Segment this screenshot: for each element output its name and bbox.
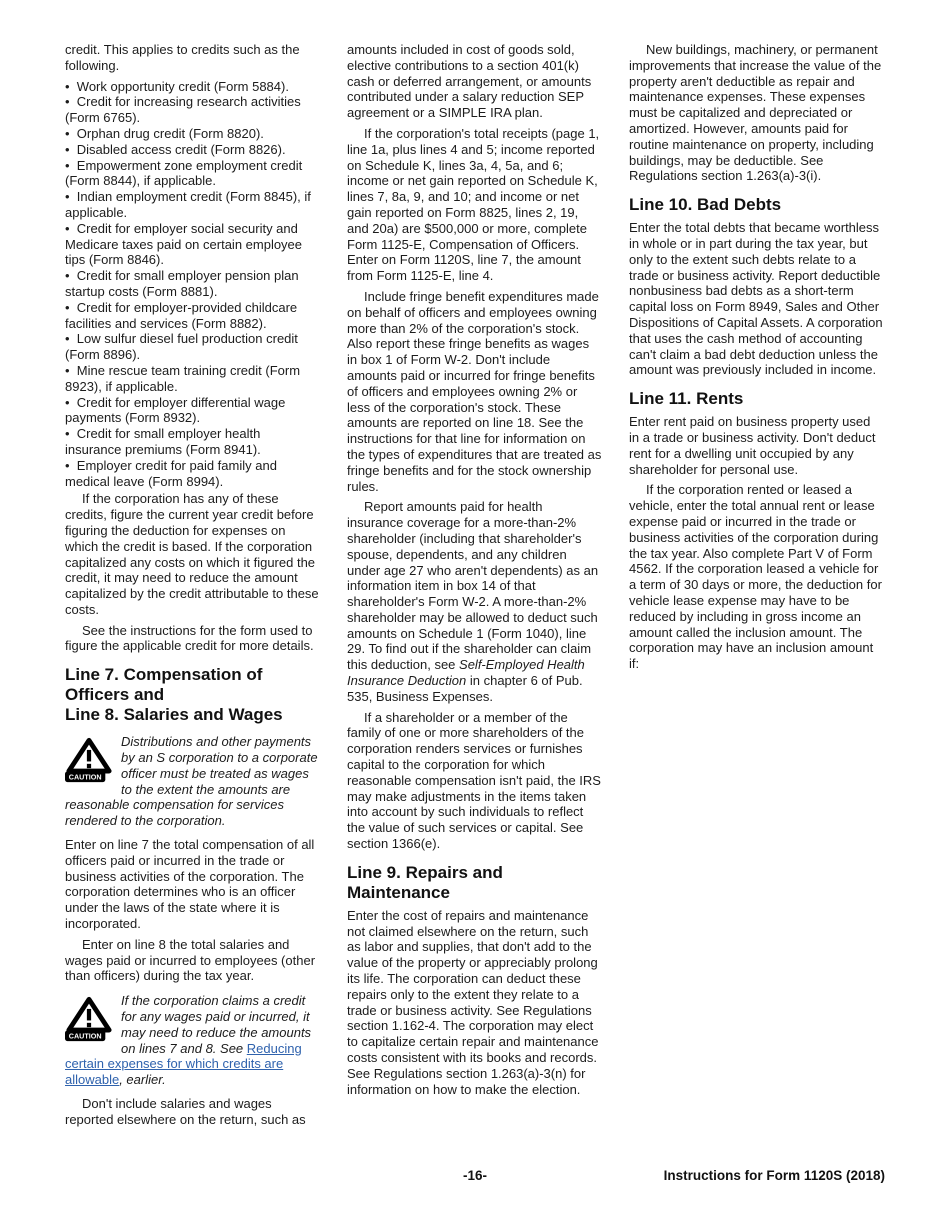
paragraph-vehicle-lease: If the corporation rented or leased a ve… bbox=[629, 482, 884, 672]
list-item: Employer credit for paid family and medi… bbox=[65, 458, 320, 490]
paragraph-continuation: amounts included in cost of goods sold, … bbox=[347, 42, 602, 121]
page-number: -16- bbox=[463, 1168, 487, 1183]
caution-icon: CAUTION bbox=[65, 996, 113, 1042]
paragraph-see-instructions: See the instructions for the form used t… bbox=[65, 623, 320, 655]
heading-line9: Line 9. Repairs and Maintenance bbox=[347, 863, 602, 903]
paragraph-credit-intro: credit. This applies to credits such as … bbox=[65, 42, 320, 74]
caution-note-1: CAUTION Distributions and other payments… bbox=[65, 734, 320, 829]
page-footer: -16- Instructions for Form 1120S (2018) bbox=[65, 1168, 885, 1188]
list-item: Credit for increasing research activitie… bbox=[65, 94, 320, 126]
paragraph-fringe-benefits: Include fringe benefit expenditures made… bbox=[347, 289, 602, 494]
list-item: Empowerment zone employment credit (Form… bbox=[65, 158, 320, 190]
heading-line11: Line 11. Rents bbox=[629, 389, 884, 409]
document-page: credit. This applies to credits such as … bbox=[0, 0, 950, 1230]
footer-document-title: Instructions for Form 1120S (2018) bbox=[664, 1168, 885, 1183]
paragraph-line7: Enter on line 7 the total compensation o… bbox=[65, 837, 320, 932]
list-item: Credit for employer social security and … bbox=[65, 221, 320, 268]
three-column-layout: credit. This applies to credits such as … bbox=[65, 42, 885, 1133]
paragraph-total-receipts: If the corporation's total receipts (pag… bbox=[347, 126, 602, 284]
list-item: Credit for small employer pension plan s… bbox=[65, 268, 320, 300]
svg-text:CAUTION: CAUTION bbox=[69, 1032, 102, 1041]
list-item: Low sulfur diesel fuel production credit… bbox=[65, 331, 320, 363]
list-item: Indian employment credit (Form 8845), if… bbox=[65, 189, 320, 221]
paragraph-dont-include: Don't include salaries and wages reporte… bbox=[65, 1096, 320, 1128]
paragraph-health-insurance: Report amounts paid for health insurance… bbox=[347, 499, 602, 704]
credit-bullet-list: Work opportunity credit (Form 5884). Cre… bbox=[65, 79, 320, 490]
paragraph-shareholder-family: If a shareholder or a member of the fami… bbox=[347, 710, 602, 852]
svg-text:CAUTION: CAUTION bbox=[69, 773, 102, 782]
list-item: Work opportunity credit (Form 5884). bbox=[65, 79, 320, 95]
list-item: Orphan drug credit (Form 8820). bbox=[65, 126, 320, 142]
heading-line7-line8: Line 7. Compensation of Officers and Lin… bbox=[65, 665, 320, 725]
column-3: New buildings, machinery, or permanent i… bbox=[629, 42, 884, 1133]
list-item: Disabled access credit (Form 8826). bbox=[65, 142, 320, 158]
heading-line10: Line 10. Bad Debts bbox=[629, 195, 884, 215]
list-item: Credit for small employer health insuran… bbox=[65, 426, 320, 458]
list-item: Credit for employer-provided childcare f… bbox=[65, 300, 320, 332]
paragraph-figure-credit: If the corporation has any of these cred… bbox=[65, 491, 320, 617]
paragraph-line8: Enter on line 8 the total salaries and w… bbox=[65, 937, 320, 984]
list-item: Credit for employer differential wage pa… bbox=[65, 395, 320, 427]
column-2: amounts included in cost of goods sold, … bbox=[347, 42, 602, 1133]
paragraph-rents: Enter rent paid on business property use… bbox=[629, 414, 884, 477]
column-1: credit. This applies to credits such as … bbox=[65, 42, 320, 1133]
paragraph-repairs: Enter the cost of repairs and maintenanc… bbox=[347, 908, 602, 1098]
paragraph-new-buildings: New buildings, machinery, or permanent i… bbox=[629, 42, 884, 184]
list-item: Mine rescue team training credit (Form 8… bbox=[65, 363, 320, 395]
caution-icon: CAUTION bbox=[65, 737, 113, 783]
caution-note-2: CAUTION If the corporation claims a cred… bbox=[65, 993, 320, 1088]
paragraph-bad-debts: Enter the total debts that became worthl… bbox=[629, 220, 884, 378]
